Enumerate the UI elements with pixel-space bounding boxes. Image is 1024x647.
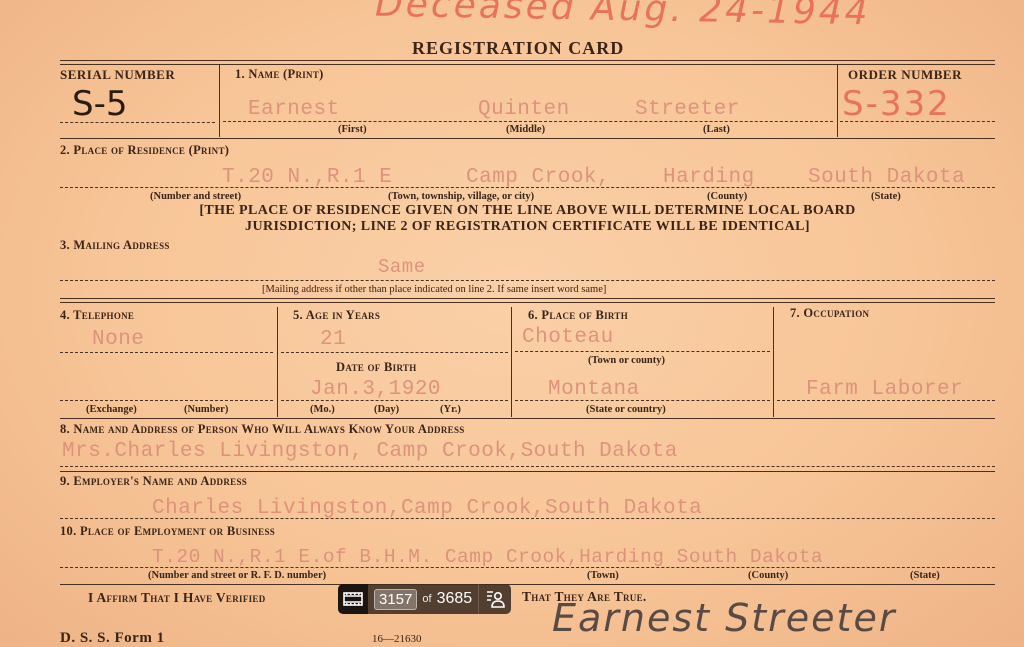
employment-sub-town: (Town) <box>587 570 619 581</box>
deceased-annotation: Deceased Aug. 24-1944 <box>375 0 871 33</box>
serial-number-value: S-5 <box>72 84 127 124</box>
order-number-value: S-332 <box>842 84 951 124</box>
index-person-icon <box>485 589 505 609</box>
employment-sub-county: (County) <box>748 570 788 581</box>
employer-value: Charles Livingston,Camp Crook,South Dako… <box>152 497 702 520</box>
employer-label: 9. Employer's Name and Address <box>60 474 247 489</box>
birthplace-sub-state: (State or country) <box>586 404 666 415</box>
dob-sub-yr: (Yr.) <box>440 404 461 415</box>
order-dash <box>840 121 995 122</box>
contact-value: Mrs.Charles Livingston, Camp Crook,South… <box>62 440 678 463</box>
birthplace-town: Choteau <box>522 326 614 349</box>
jurisdiction-notice-2: JURISDICTION; LINE 2 OF REGISTRATION CER… <box>60 219 995 235</box>
name-dash <box>223 121 833 122</box>
telephone-value: None <box>92 328 144 351</box>
age-dash <box>281 352 508 353</box>
name-last: Streeter <box>635 98 740 121</box>
row4-divider-1 <box>277 307 278 417</box>
telephone-sub-number: (Number) <box>184 404 228 415</box>
residence-sub-state: (State) <box>871 191 901 202</box>
employment-value: T.20 N.,R.1 E.of B.H.M. Camp Crook,Hardi… <box>152 546 823 568</box>
residence-sub-street: (Number and street) <box>150 191 241 202</box>
birthplace-dash-1 <box>515 351 770 352</box>
birthplace-state: Montana <box>548 378 640 401</box>
rule-after-contact <box>60 471 995 472</box>
name-sub-middle: (Middle) <box>506 124 545 135</box>
residence-sub-town: (Town, township, village, or city) <box>388 191 534 202</box>
page-navigator: 3157 of 3685 <box>338 584 511 614</box>
registration-card: Deceased Aug. 24-1944 REGISTRATION CARD … <box>0 0 1024 647</box>
dob-dash <box>281 400 508 401</box>
occupation-dash <box>777 400 995 401</box>
of-label: of <box>422 593 431 605</box>
employment-sub-street: (Number and street or R. F. D. number) <box>148 570 326 581</box>
contact-dash <box>60 466 995 467</box>
current-page-input[interactable]: 3157 <box>374 589 417 610</box>
rule-after-employment <box>60 584 995 585</box>
rule-before-row4 <box>60 298 995 303</box>
residence-sub-county: (County) <box>707 191 747 202</box>
name-sub-last: (Last) <box>703 124 730 135</box>
signature: Earnest Streeter <box>552 596 896 640</box>
mailing-value: Same <box>378 256 426 278</box>
top-double-rule <box>60 60 995 65</box>
row4-divider-2 <box>511 307 512 417</box>
order-number-label: ORDER NUMBER <box>848 67 962 83</box>
affirm-text-left: I Affirm That I Have Verified <box>88 590 266 606</box>
name-middle: Quinten <box>478 98 570 121</box>
occupation-label: 7. Occupation <box>790 306 869 321</box>
row4-divider-3 <box>773 307 774 417</box>
employment-sub-state: (State) <box>910 570 940 581</box>
telephone-dash-2 <box>60 400 273 401</box>
dob-label: Date of Birth <box>336 360 417 375</box>
mailing-label: 3. Mailing Address <box>60 238 170 253</box>
birthplace-sub-town: (Town or county) <box>588 355 665 366</box>
telephone-label: 4. Telephone <box>60 308 134 323</box>
jurisdiction-notice-1: [THE PLACE OF RESIDENCE GIVEN ON THE LIN… <box>60 203 995 219</box>
residence-town: Camp Crook, <box>466 166 610 189</box>
residence-state: South Dakota <box>808 166 965 189</box>
filmstrip-icon <box>343 591 363 607</box>
index-panel-button[interactable] <box>478 584 511 614</box>
birthplace-dash-2 <box>515 400 770 401</box>
total-pages: 3685 <box>437 590 473 608</box>
filmstrip-button[interactable] <box>338 584 368 614</box>
telephone-sub-exchange: (Exchange) <box>86 404 137 415</box>
order-divider <box>837 65 838 137</box>
mailing-note: [Mailing address if other than place ind… <box>262 284 606 295</box>
age-label: 5. Age in Years <box>293 308 380 323</box>
residence-dash <box>60 187 995 188</box>
name-label: 1. Name (Print) <box>235 67 324 82</box>
dob-sub-day: (Day) <box>374 404 399 415</box>
form-id: D. S. S. Form 1 <box>60 630 165 647</box>
print-code: 16—21630 <box>372 633 422 645</box>
age-value: 21 <box>320 328 346 351</box>
employment-label: 10. Place of Employment or Business <box>60 524 275 539</box>
serial-number-label: SERIAL NUMBER <box>60 67 175 83</box>
residence-label: 2. Place of Residence (Print) <box>60 143 229 158</box>
dob-value: Jan.3,1920 <box>310 378 441 401</box>
mailing-dash <box>60 280 995 281</box>
employment-dash <box>60 567 995 568</box>
dob-sub-mo: (Mo.) <box>310 404 335 415</box>
telephone-dash-1 <box>60 352 273 353</box>
employer-dash <box>60 518 995 519</box>
rule-after-name <box>60 138 995 139</box>
birthplace-label: 6. Place of Birth <box>528 308 628 323</box>
occupation-value: Farm Laborer <box>806 378 963 401</box>
serial-divider <box>219 65 220 137</box>
page-counter: 3157 of 3685 <box>368 584 478 614</box>
card-title: REGISTRATION CARD <box>412 38 624 59</box>
name-first: Earnest <box>248 98 340 121</box>
serial-dash <box>60 122 215 123</box>
residence-street: T.20 N.,R.1 E <box>222 166 392 189</box>
contact-label: 8. Name and Address of Person Who Will A… <box>60 422 465 437</box>
rule-after-row4 <box>60 418 995 419</box>
name-sub-first: (First) <box>338 124 367 135</box>
residence-county: Harding <box>663 166 755 189</box>
